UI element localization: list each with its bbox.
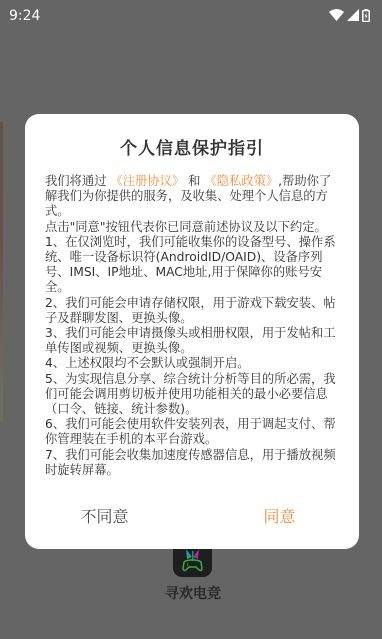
dialog-actions: 不同意 同意 (25, 489, 359, 549)
list-item: 1、在仅浏览时，我们可能收集你的设备型号、操作系统、唯一设备标识符(Androi… (45, 235, 341, 296)
privacy-policy-link[interactable]: 《隐私政策》 (204, 174, 278, 188)
dialog-title: 个人信息保护指引 (25, 134, 359, 159)
list-item: 6、我们可能会使用软件安装列表，用于调起支付、帮你管理装在手机的本平台游戏。 (45, 417, 341, 447)
status-time: 9:24 (9, 8, 40, 24)
app-name: 寻欢电竞 (0, 583, 382, 603)
terms-link[interactable]: 《注册协议》 (110, 174, 184, 188)
intro-text: 我们将通过 (45, 174, 107, 188)
list-item: 2、我们可能会申请存储权限，用于游戏下载安装、帖子及群聊发图、更换头像。 (45, 296, 341, 326)
intro-and-text: 和 (188, 174, 200, 188)
consent-note: 点击"同意"按钮代表你已同意前述协议及以下约定。 (45, 220, 341, 235)
app-icon[interactable] (173, 549, 212, 577)
background-content-edge (0, 122, 3, 422)
intro-paragraph: 我们将通过 《注册协议》 和 《隐私政策》,帮助你了解我们为你提供的服务，及收集… (45, 174, 341, 220)
list-item: 3、我们可能会申请摄像头或相册权限，用于发帖和工单传图或视频、更换头像。 (45, 326, 341, 356)
cellular-signal-icon (347, 9, 359, 21)
list-item: 5、为实现信息分享、综合统计分析等目的所必需，我们可能会调用剪切板并使用功能相关… (45, 372, 341, 418)
status-icons (329, 9, 370, 22)
gamepad-icon (173, 549, 212, 577)
list-item: 4、上述权限均不会默认或强制开启。 (45, 356, 341, 371)
privacy-dialog: 个人信息保护指引 我们将通过 《注册协议》 和 《隐私政策》,帮助你了解我们为你… (25, 114, 359, 549)
dialog-body: 我们将通过 《注册协议》 和 《隐私政策》,帮助你了解我们为你提供的服务，及收集… (45, 174, 341, 478)
status-bar: 9:24 (0, 0, 382, 36)
battery-charging-icon (362, 9, 370, 22)
disagree-button[interactable]: 不同意 (25, 489, 192, 549)
agree-button[interactable]: 同意 (192, 489, 359, 549)
list-item: 7、我们可能会收集加速度传感器信息，用于播放视频时旋转屏幕。 (45, 448, 341, 478)
wifi-icon (329, 9, 344, 21)
